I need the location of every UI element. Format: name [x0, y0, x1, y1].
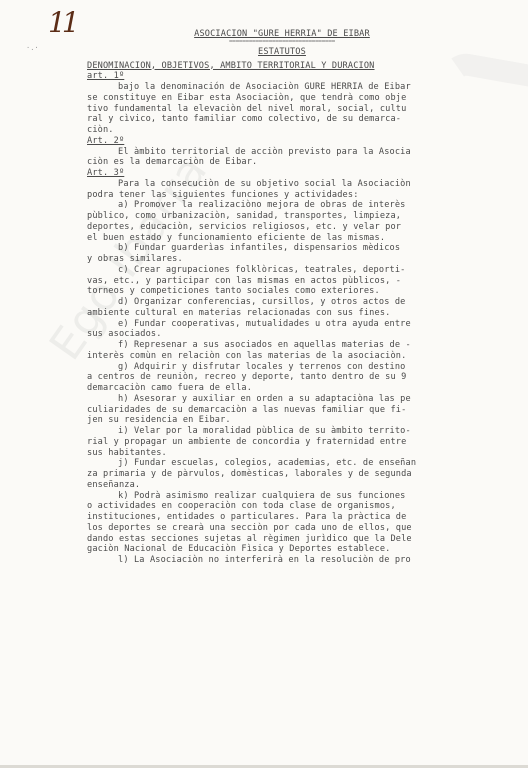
list-item-j: j) Fundar escuelas, colegios, academias,…: [87, 458, 477, 469]
list-item-e: e) Fundar cooperativas, mutualidades u o…: [87, 319, 477, 330]
text-line: El àmbito territorial de acciòn previsto…: [87, 147, 477, 158]
text-line: rial y propagar un ambiente de concordia…: [87, 437, 477, 448]
list-item-c: c) Crear agrupaciones folklòricas, teatr…: [87, 265, 477, 276]
text-line: ambiente cultural en materias relacionad…: [87, 308, 477, 319]
list-item-k: k) Podrà asimismo realizar cualquiera de…: [87, 491, 477, 502]
article-3: Art. 3º Para la consecuciòn de su objeti…: [87, 168, 477, 566]
text-line: deportes, educaciòn, servicios religioso…: [87, 222, 477, 233]
text-line: ciòn es la demarcaciòn de Eibar.: [87, 157, 477, 168]
document-subtitle: ESTATUTOS: [87, 47, 477, 58]
article-1: art. 1º bajo la denominación de Asociaci…: [87, 71, 477, 136]
text-line: pùblico, como urbanizaciòn, sanidad, tra…: [87, 211, 477, 222]
text-line: jen su residencia en Eibar.: [87, 415, 477, 426]
text-line: los deportes se crearà una secciòn por c…: [87, 523, 477, 534]
document-page: Ego Ibarra 11 ·.· ASOCIACION "GURE HERRI…: [0, 0, 528, 768]
margin-specks: ·.·: [26, 44, 39, 52]
article-heading: Art. 2º: [87, 136, 477, 147]
list-item-g: g) Adquirir y disfrutar locales y terren…: [87, 362, 477, 373]
text-line: enseñanza.: [87, 480, 477, 491]
text-line: instituciones, entidades o particulares.…: [87, 512, 477, 523]
text-line: interès comùn en relaciòn con las materi…: [87, 351, 477, 362]
text-line: demarcaciòn camo fuera de ella.: [87, 383, 477, 394]
text-line: ciòn.: [87, 125, 477, 136]
article-heading: Art. 3º: [87, 168, 477, 179]
text-line: o actividades en cooperaciòn con toda cl…: [87, 501, 477, 512]
text-line: dando estas secciones sujetas al règimen…: [87, 534, 477, 545]
text-line: tivo fundamental la elevaciòn del nivel …: [87, 104, 477, 115]
text-line: sus asociados.: [87, 329, 477, 340]
list-item-b: b) Fundar guarderìas infantiles, dispens…: [87, 243, 477, 254]
list-item-l: l) La Asociaciòn no interferirà en la re…: [87, 555, 477, 566]
text-line: culiaridades de su demarcaciòn a las nue…: [87, 405, 477, 416]
text-line: sus habitantes.: [87, 448, 477, 459]
handwritten-page-mark: 11: [48, 6, 76, 39]
list-item-f: f) Represenar a sus asociados en aquella…: [87, 340, 477, 351]
text-line: y obras similares.: [87, 254, 477, 265]
list-item-i: i) Velar por la moralidad pùblica de su …: [87, 426, 477, 437]
typed-text-body: ASOCIACION "GURE HERRIA" DE EIBAR ======…: [87, 29, 477, 566]
text-line: vas, etc., y participar con las mismas e…: [87, 276, 477, 287]
text-line: za primaria y de pàrvulos, domèsticas, l…: [87, 469, 477, 480]
article-heading: art. 1º: [87, 71, 477, 82]
text-line: a centros de reuniòn, recreo y deporte, …: [87, 372, 477, 383]
text-line: gaciòn Nacional de Educaciòn Fìsica y De…: [87, 544, 477, 555]
text-line: el buen estado y funcionamiento eficient…: [87, 233, 477, 244]
text-line: podra tener las siguientes funciones y a…: [87, 190, 477, 201]
text-line: torneos y competiciones tanto sociales c…: [87, 286, 477, 297]
text-line: se constituye en Eibar esta Asociaciòn, …: [87, 93, 477, 104]
text-line: bajo la denominación de Asociaciòn GURE …: [87, 82, 477, 93]
list-item-h: h) Asesorar y auxiliar en orden a su ada…: [87, 394, 477, 405]
list-item-d: d) Organizar conferencias, cursillos, y …: [87, 297, 477, 308]
text-line: ral y cìvico, tanto familiar como colect…: [87, 114, 477, 125]
section-heading: DENOMINACION, OBJETIVOS, AMBITO TERRITOR…: [87, 61, 477, 72]
article-2: Art. 2º El àmbito territorial de acciòn …: [87, 136, 477, 168]
list-item-a: a) Promover la realizaciòno mejora de ob…: [87, 200, 477, 211]
text-line: Para la consecuciòn de su objetivo socia…: [87, 179, 477, 190]
